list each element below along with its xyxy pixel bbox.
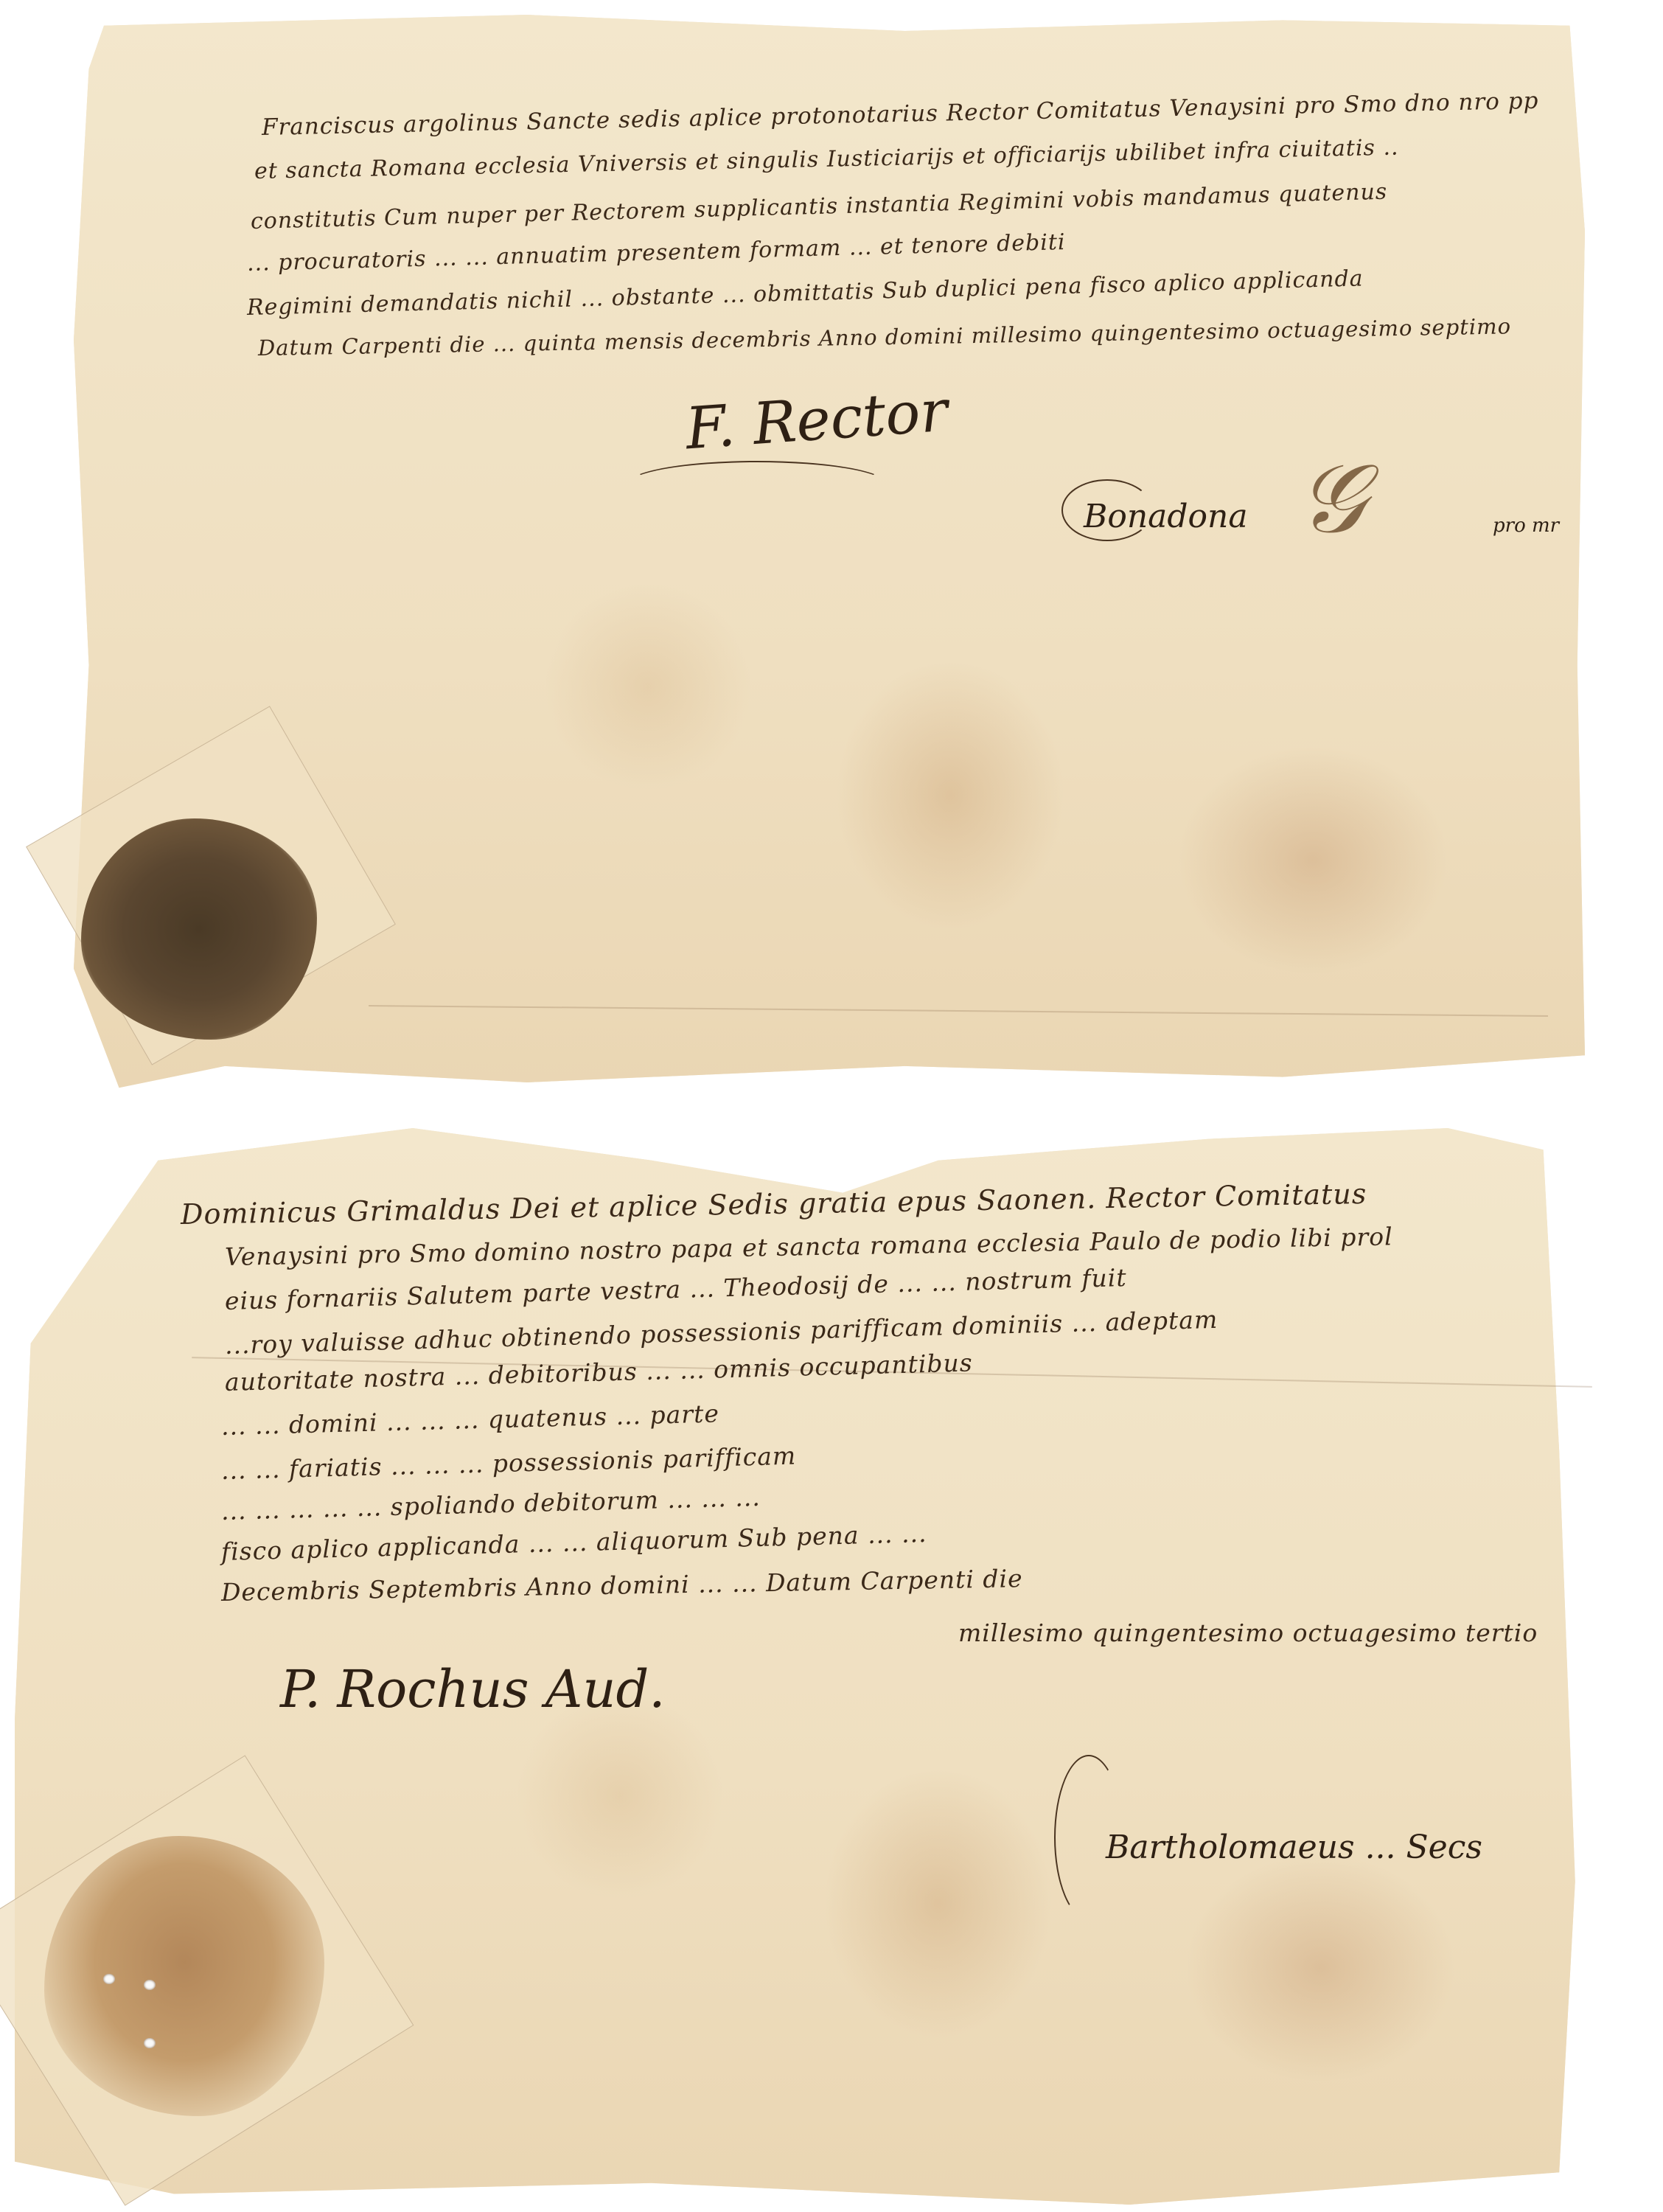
secretary-signature-flourish bbox=[1061, 479, 1153, 541]
seal-hole bbox=[144, 2038, 156, 2048]
auditor-signature: P. Rochus Aud. bbox=[280, 1659, 666, 1719]
secretary-note: pro mr bbox=[1493, 515, 1559, 537]
seal-hole bbox=[103, 1974, 115, 1984]
seal-hole bbox=[144, 1980, 156, 1990]
secretary-paraph: 𝒢 bbox=[1297, 442, 1366, 556]
bottom-secretary-flourish bbox=[1054, 1755, 1123, 1920]
top-wax-seal bbox=[81, 818, 317, 1040]
bottom-secretary-signature: Bartholomaeus ... Secs bbox=[1106, 1829, 1482, 1866]
bottom-line-11: millesimo quingentesimo octuagesimo tert… bbox=[958, 1618, 1538, 1647]
bottom-wax-seal bbox=[44, 1836, 324, 2116]
rector-signature-flourish bbox=[627, 461, 888, 508]
